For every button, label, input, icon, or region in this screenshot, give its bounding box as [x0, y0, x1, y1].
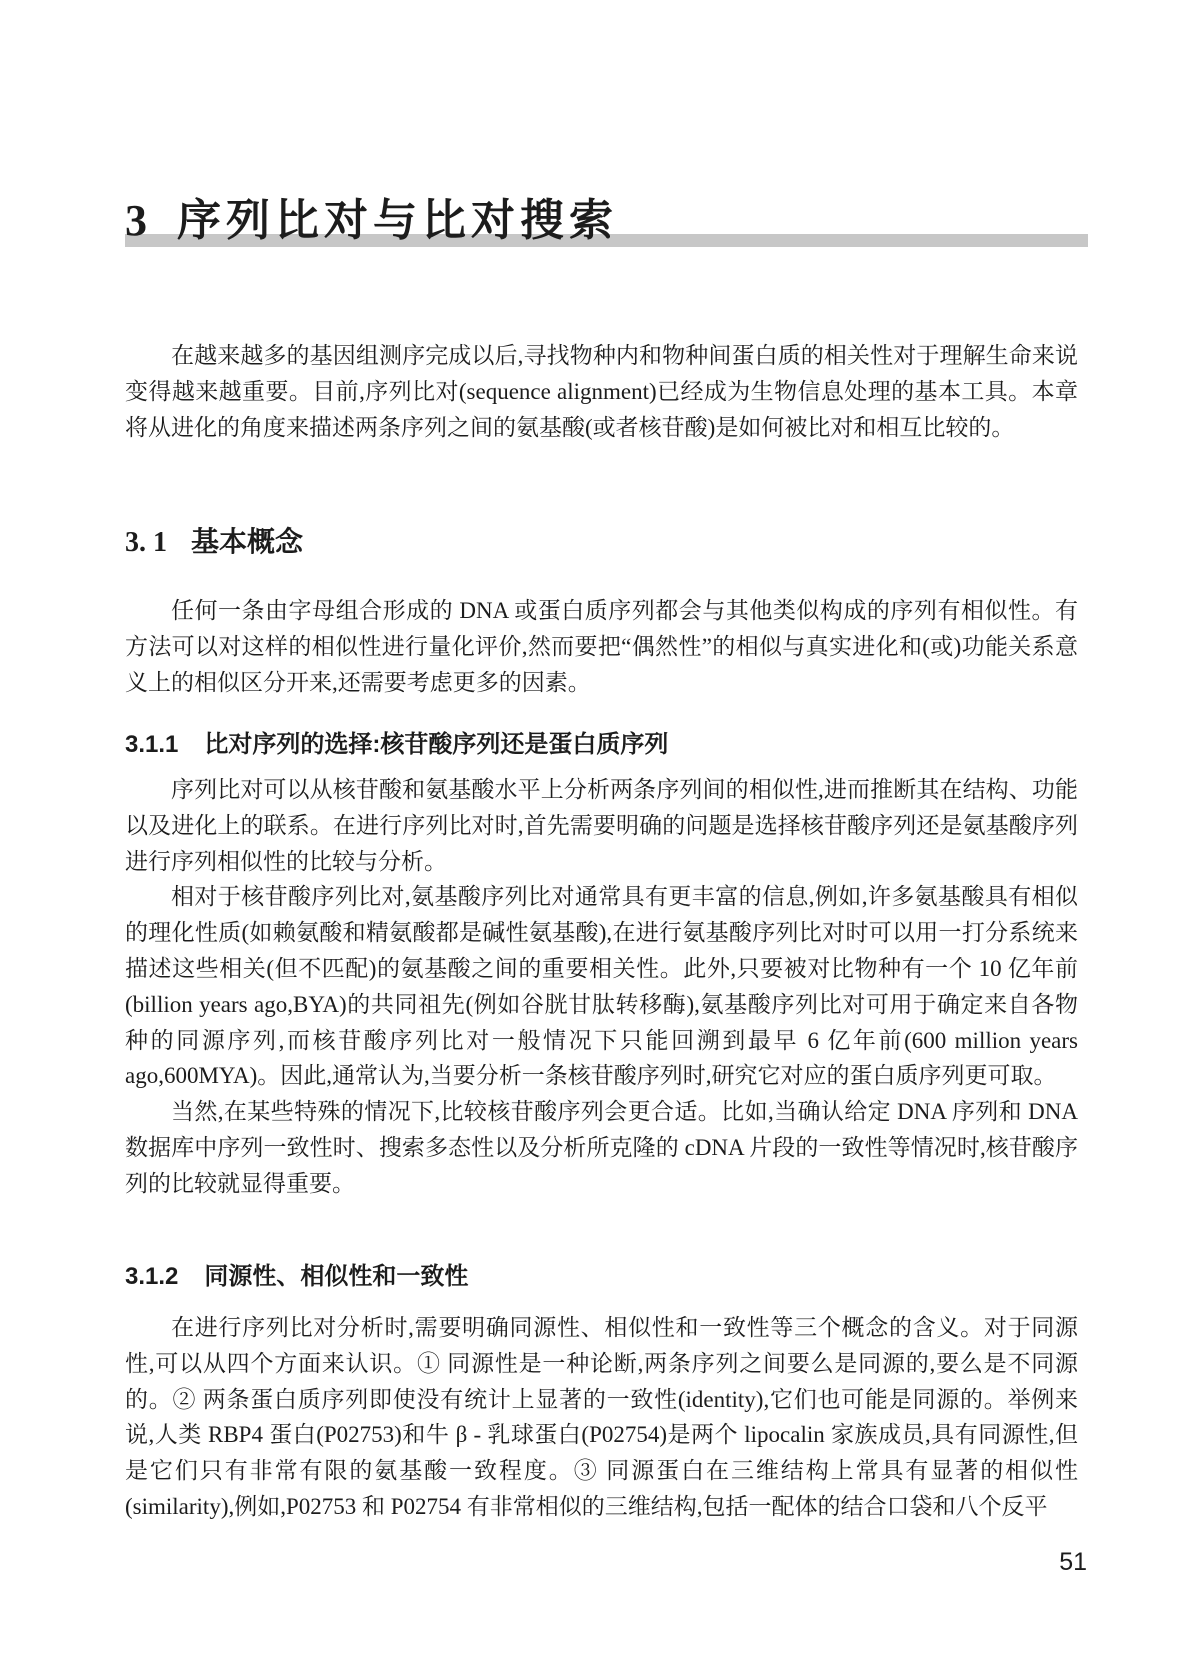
section-3-1-1-paragraph-1: 序列比对可以从核苷酸和氨基酸水平上分析两条序列间的相似性,进而推断其在结构、功能… [125, 772, 1078, 879]
chapter-title-text: 序列比对与比对搜索 [177, 196, 618, 245]
section-3-1-paragraph: 任何一条由字母组合形成的 DNA 或蛋白质序列都会与其他类似构成的序列有相似性。… [125, 593, 1078, 700]
section-3-1-2-title: 同源性、相似性和一致性 [204, 1263, 468, 1290]
section-3-1-1-paragraph-3: 当然,在某些特殊的情况下,比较核苷酸序列会更合适。比如,当确认给定 DNA 序列… [125, 1094, 1078, 1201]
section-3-1-2-number: 3.1.2 [125, 1263, 178, 1290]
section-3-1-1-body: 序列比对可以从核苷酸和氨基酸水平上分析两条序列间的相似性,进而推断其在结构、功能… [125, 772, 1078, 1202]
section-3-1-body: 任何一条由字母组合形成的 DNA 或蛋白质序列都会与其他类似构成的序列有相似性。… [125, 593, 1078, 700]
section-3-1-heading: 3. 1基本概念 [125, 520, 1078, 560]
section-3-1-title: 基本概念 [191, 527, 303, 558]
section-3-1-1-heading: 3.1.1比对序列的选择:核苷酸序列还是蛋白质序列 [125, 724, 1078, 759]
section-3-1-2-body: 在进行序列比对分析时,需要明确同源性、相似性和一致性等三个概念的含义。对于同源性… [125, 1310, 1078, 1525]
intro-paragraph: 在越来越多的基因组测序完成以后,寻找物种内和物种间蛋白质的相关性对于理解生命来说… [125, 338, 1078, 445]
section-3-1-1-number: 3.1.1 [125, 731, 178, 758]
section-3-1-1-title: 比对序列的选择:核苷酸序列还是蛋白质序列 [204, 731, 668, 758]
section-3-1-1-paragraph-2: 相对于核苷酸序列比对,氨基酸序列比对通常具有更丰富的信息,例如,许多氨基酸具有相… [125, 879, 1078, 1094]
book-page: 3序列比对与比对搜索 在越来越多的基因组测序完成以后,寻找物种内和物种间蛋白质的… [0, 0, 1203, 1675]
page-number: 51 [1059, 1548, 1087, 1577]
chapter-title: 3序列比对与比对搜索 [125, 197, 1088, 245]
intro-section: 在越来越多的基因组测序完成以后,寻找物种内和物种间蛋白质的相关性对于理解生命来说… [125, 338, 1078, 445]
chapter-heading: 3序列比对与比对搜索 [125, 197, 1088, 249]
chapter-number: 3 [125, 196, 147, 245]
section-3-1-2-paragraph-1: 在进行序列比对分析时,需要明确同源性、相似性和一致性等三个概念的含义。对于同源性… [125, 1310, 1078, 1525]
section-3-1-2-heading: 3.1.2同源性、相似性和一致性 [125, 1256, 1078, 1291]
section-3-1-number: 3. 1 [125, 527, 167, 558]
